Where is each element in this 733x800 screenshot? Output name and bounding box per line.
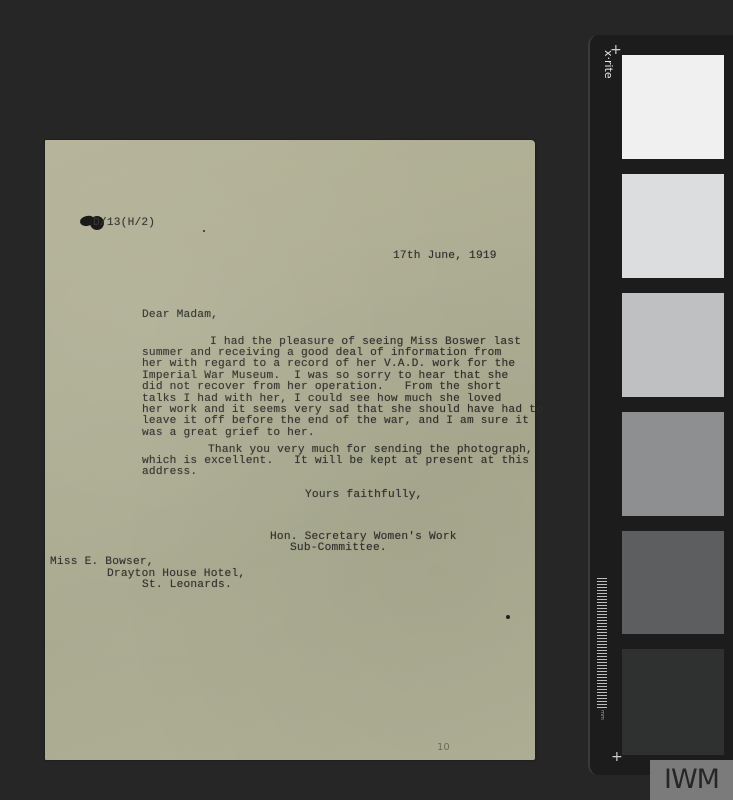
- colour-patch-2: [622, 174, 724, 278]
- ruler-unit: mm: [599, 710, 605, 720]
- paragraph-line: her with regard to a record of her V.A.D…: [142, 359, 515, 371]
- signature-line-2: Sub-Committee.: [290, 543, 387, 555]
- paragraph-line: which is excellent. It will be kept at p…: [142, 456, 529, 468]
- paragraph-line: address.: [142, 467, 197, 479]
- colour-patch-5: [622, 531, 724, 634]
- letter-page: D/13(H/2) 17th June, 1919 Dear Madam, I …: [45, 140, 535, 760]
- paragraph-line: leave it off before the end of the war, …: [142, 416, 529, 428]
- page-number: 10: [437, 742, 450, 753]
- colour-patch-6: [622, 649, 724, 755]
- letter-date: 17th June, 1919: [393, 251, 497, 263]
- crosshair-icon: +: [610, 43, 622, 57]
- paragraph-line: did not recover from her operation. From…: [142, 382, 502, 394]
- reference-number: D/13(H/2): [93, 218, 155, 230]
- ruler-scale: [597, 578, 607, 708]
- ink-speck: [203, 230, 205, 232]
- addressee-line-3: St. Leonards.: [142, 580, 232, 592]
- colour-patch-4: [622, 412, 724, 516]
- ink-speck: [506, 615, 510, 619]
- iwm-watermark: IWM: [650, 760, 733, 800]
- crosshair-icon: +: [611, 750, 623, 764]
- addressee-line-1: Miss E. Bowser,: [50, 557, 154, 569]
- colour-patch-3: [622, 293, 724, 397]
- salutation: Dear Madam,: [142, 310, 218, 322]
- colour-patch-1: [622, 55, 724, 159]
- closing: Yours faithfully,: [305, 490, 423, 502]
- paragraph-line: was a great grief to her.: [142, 428, 315, 440]
